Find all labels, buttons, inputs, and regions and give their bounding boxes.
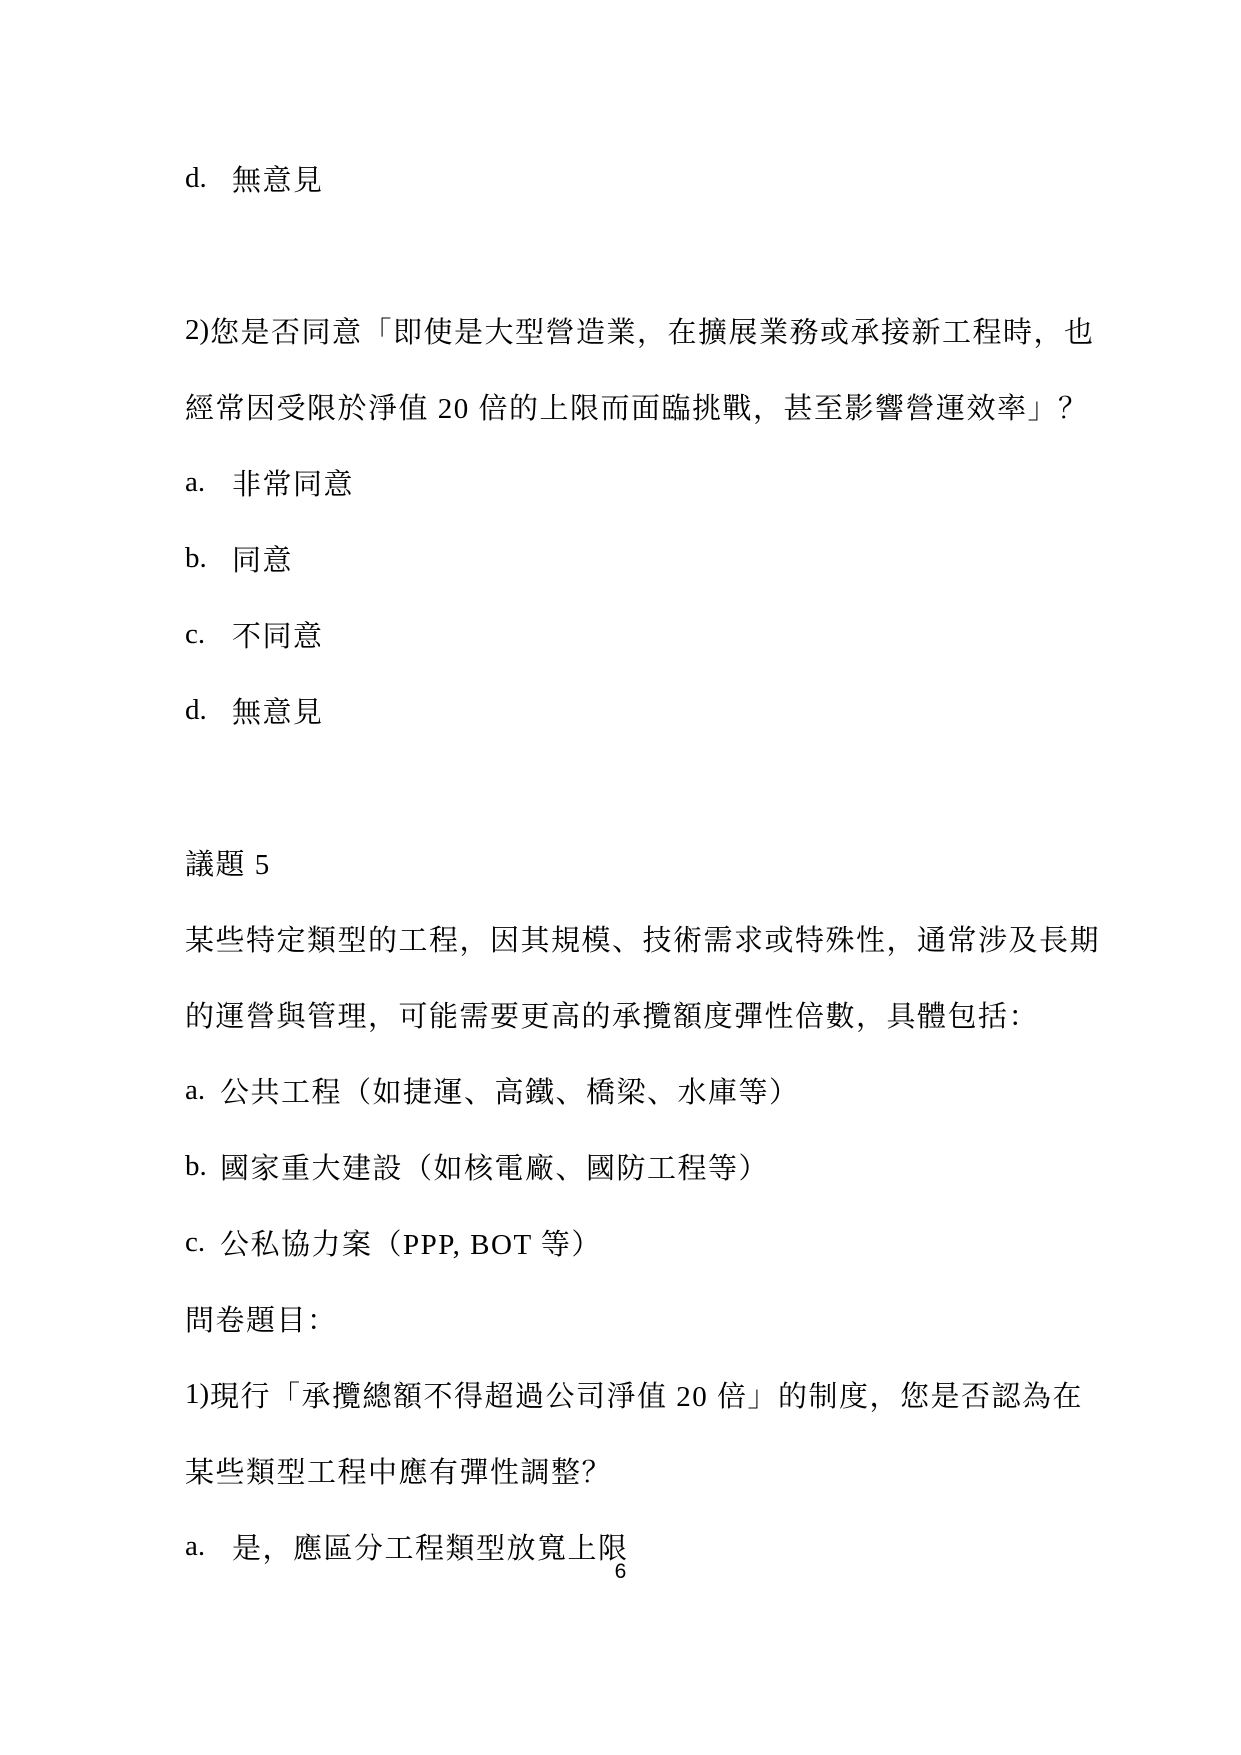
option-line-q2-d: d. 無意見 (185, 672, 1090, 748)
question-number: 2) (185, 314, 210, 347)
option-line-q2-b: b. 同意 (185, 520, 1090, 596)
question-text: 某些類型工程中應有彈性調整？ (185, 1450, 612, 1491)
option-line-prev-question-d: d. 無意見 (185, 140, 1090, 216)
option-text: 同意 (232, 538, 293, 579)
list-item-b: b. 國家重大建設（如核電廠、國防工程等） (185, 1128, 1090, 1204)
list-item-a: a. 公共工程（如捷運、高鐵、橋梁、水庫等） (185, 1052, 1090, 1128)
option-letter: a. (185, 466, 232, 499)
option-letter: d. (185, 694, 232, 727)
paragraph-text: 的運營與管理，可能需要更高的承攬額度彈性倍數，具體包括： (185, 994, 1039, 1035)
option-text: 無意見 (232, 690, 324, 731)
list-letter: a. (185, 1074, 220, 1107)
question-2-line-2: 經常因受限於淨值 20 倍的上限而面臨挑戰，甚至影響營運效率」？ (185, 368, 1090, 444)
list-item-c: c. 公私協力案（PPP, BOT 等） (185, 1204, 1090, 1280)
question-2-line-1: 2) 您是否同意「即使是大型營造業，在擴展業務或承接新工程時，也 (185, 292, 1090, 368)
blank-line (185, 748, 1090, 824)
section-heading-text: 議題 5 (185, 842, 271, 883)
label-text: 問卷題目： (185, 1298, 338, 1339)
list-letter: c. (185, 1226, 220, 1259)
question-1-line-1: 1) 現行「承攬總額不得超過公司淨值 20 倍」的制度，您是否認為在 (185, 1356, 1090, 1432)
page-body: d. 無意見 2) 您是否同意「即使是大型營造業，在擴展業務或承接新工程時，也 … (185, 140, 1090, 1584)
question-text: 經常因受限於淨值 20 倍的上限而面臨挑戰，甚至影響營運效率」？ (185, 386, 1089, 427)
option-text: 不同意 (232, 614, 324, 655)
list-item-text: 公私協力案（PPP, BOT 等） (220, 1222, 602, 1263)
option-letter: d. (185, 162, 232, 195)
option-letter: c. (185, 618, 232, 651)
question-1-line-2: 某些類型工程中應有彈性調整？ (185, 1432, 1090, 1508)
questionnaire-label: 問卷題目： (185, 1280, 1090, 1356)
option-line-q2-c: c. 不同意 (185, 596, 1090, 672)
list-letter: b. (185, 1150, 220, 1183)
option-text: 無意見 (232, 158, 324, 199)
option-line-q2-a: a. 非常同意 (185, 444, 1090, 520)
question-text: 現行「承攬總額不得超過公司淨值 20 倍」的制度，您是否認為在 (210, 1374, 1083, 1415)
question-text: 您是否同意「即使是大型營造業，在擴展業務或承接新工程時，也 (210, 310, 1095, 351)
option-letter: b. (185, 542, 232, 575)
document-page: d. 無意見 2) 您是否同意「即使是大型營造業，在擴展業務或承接新工程時，也 … (0, 0, 1241, 1755)
topic-5-paragraph-line-2: 的運營與管理，可能需要更高的承攬額度彈性倍數，具體包括： (185, 976, 1090, 1052)
paragraph-text: 某些特定類型的工程，因其規模、技術需求或特殊性，通常涉及長期 (185, 918, 1100, 959)
section-heading-topic-5: 議題 5 (185, 824, 1090, 900)
option-text: 非常同意 (232, 462, 354, 503)
topic-5-paragraph-line-1: 某些特定類型的工程，因其規模、技術需求或特殊性，通常涉及長期 (185, 900, 1090, 976)
question-number: 1) (185, 1378, 210, 1411)
page-number: 6 (0, 1552, 1241, 1592)
list-item-text: 國家重大建設（如核電廠、國防工程等） (220, 1146, 769, 1187)
list-item-text: 公共工程（如捷運、高鐵、橋梁、水庫等） (220, 1070, 800, 1111)
blank-line (185, 216, 1090, 292)
